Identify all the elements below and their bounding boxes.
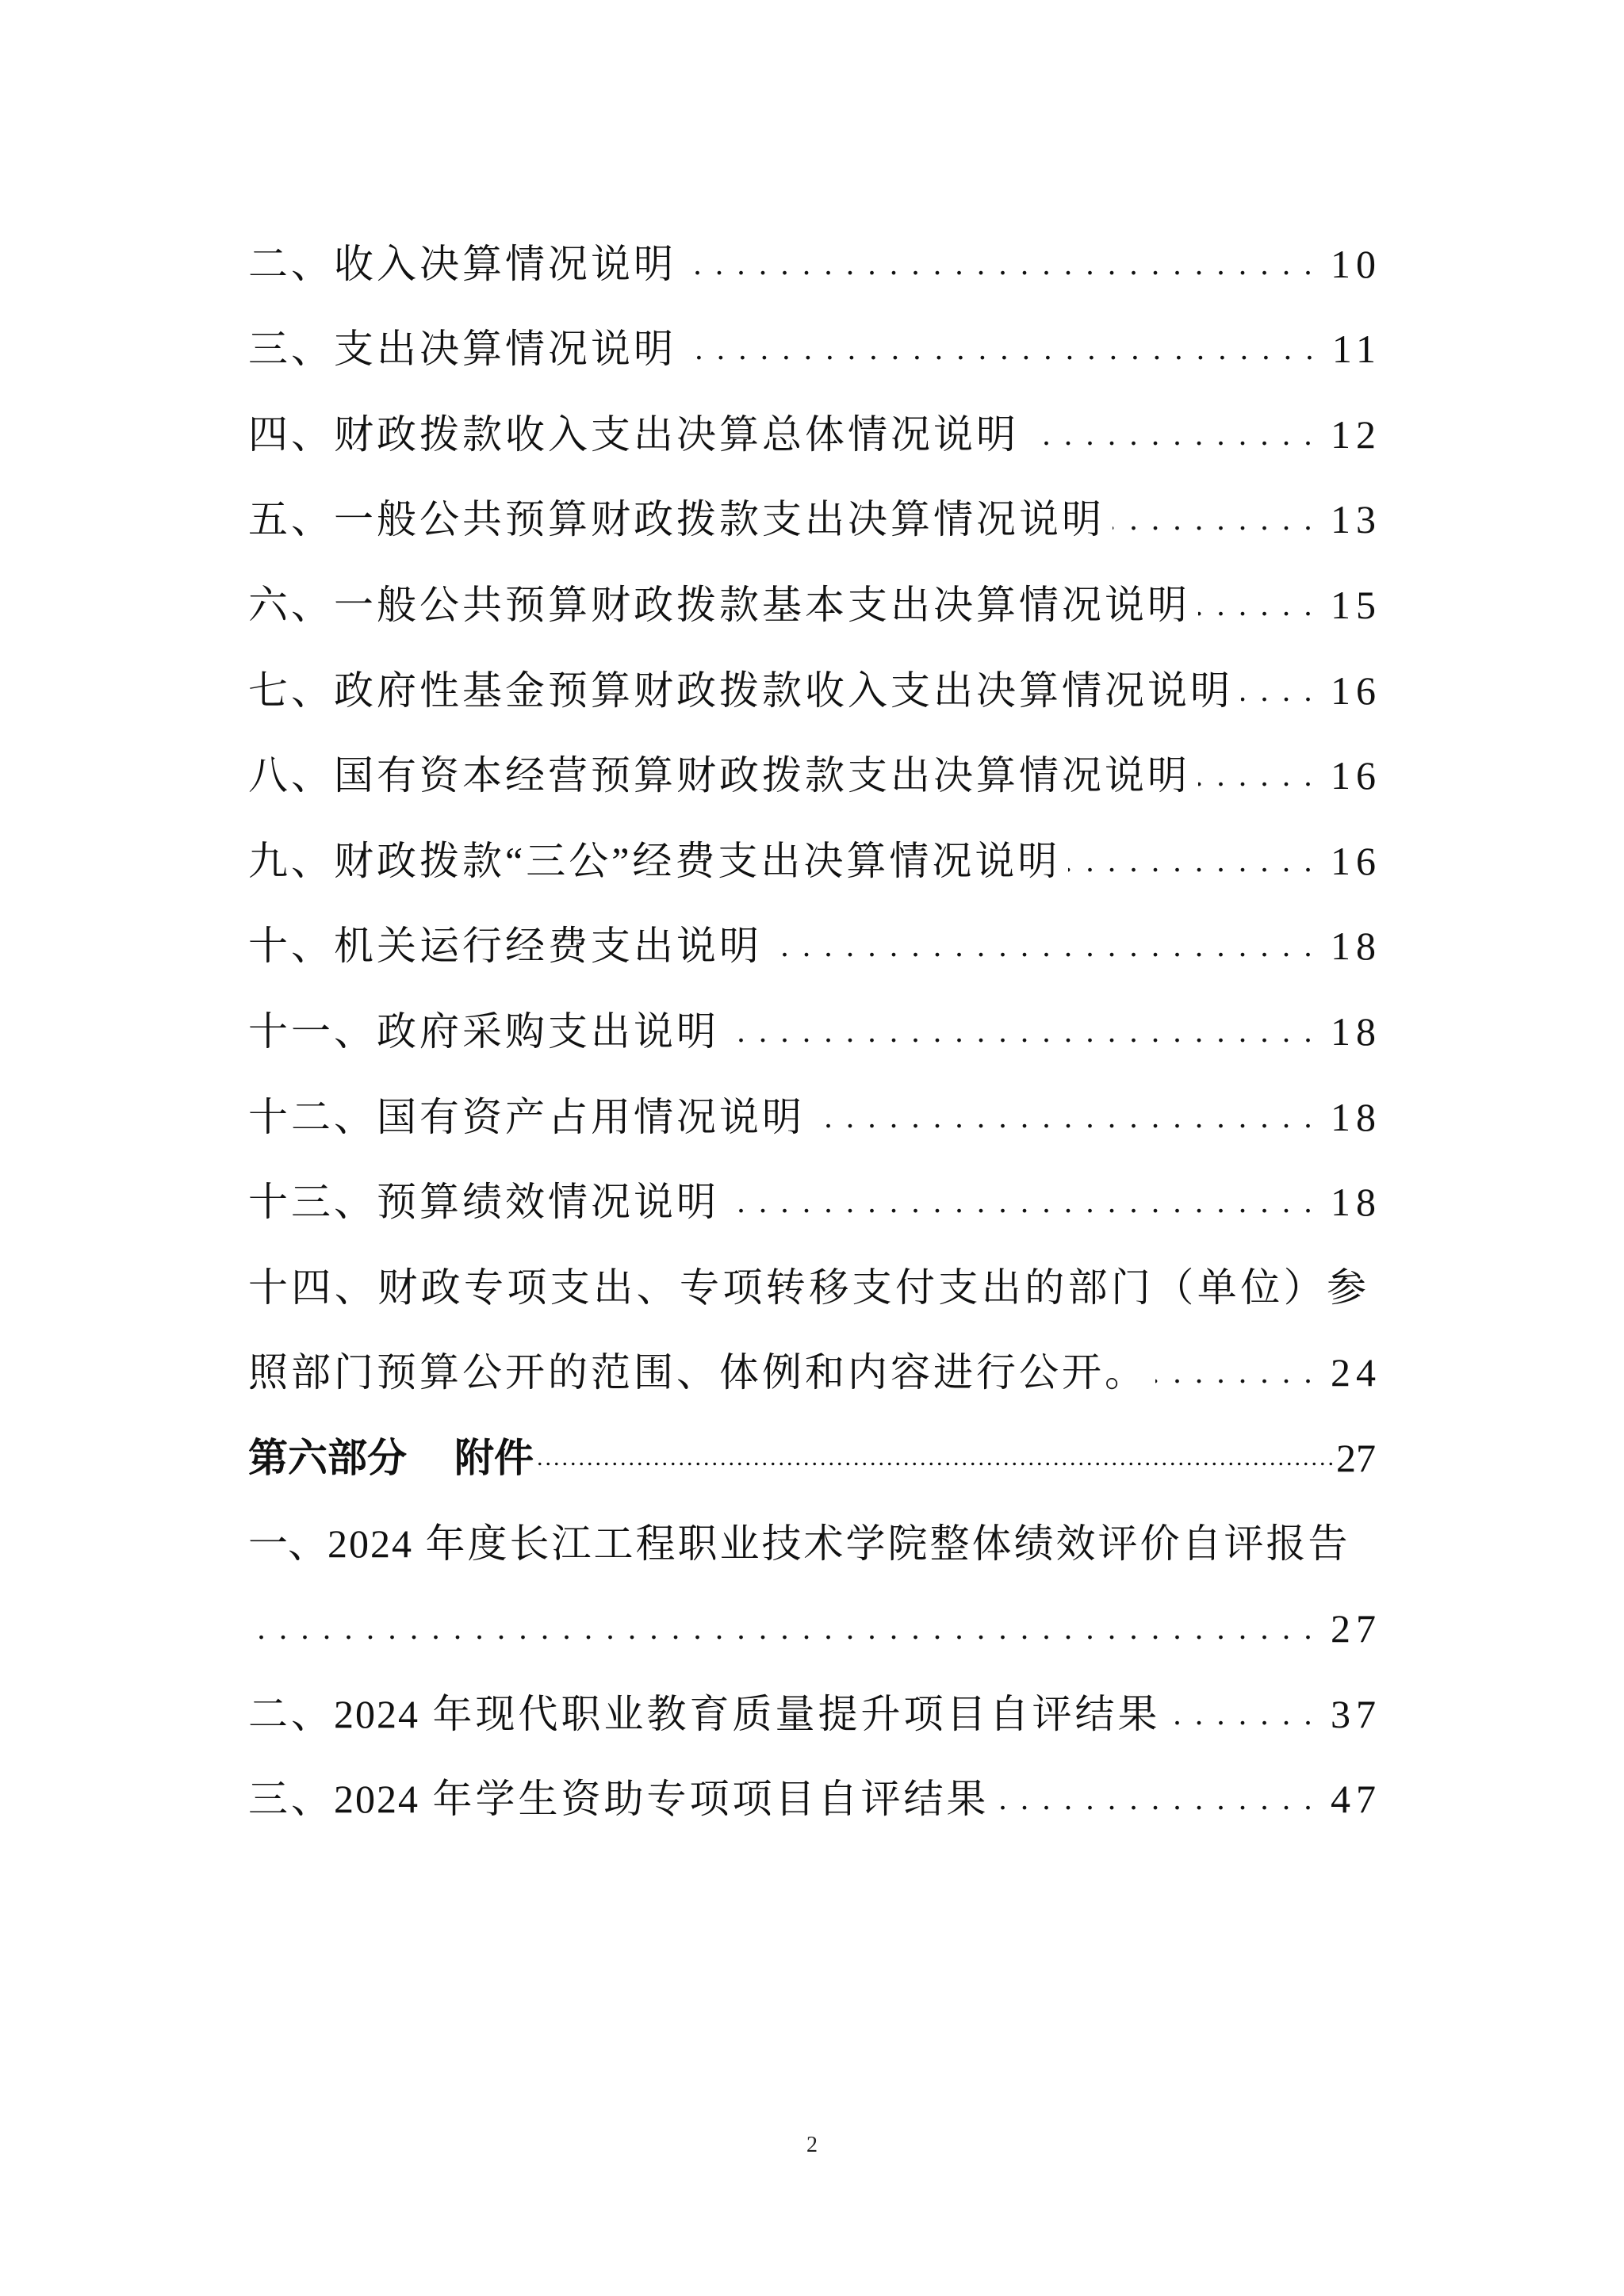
dot-leader: ........................................… xyxy=(1241,661,1326,720)
toc-entry[interactable]: 十三、预算绩效情况说明 ............................… xyxy=(248,1146,1376,1232)
toc-entry-page: 13 xyxy=(1331,490,1381,549)
annex-entry-page: 47 xyxy=(1331,1770,1381,1828)
toc-entry-page: 16 xyxy=(1331,661,1381,720)
toc-entry-line-2[interactable]: 照部门预算公开的范围、体例和内容进行公开。 ..................… xyxy=(248,1317,1376,1402)
toc-entry-page: 15 xyxy=(1331,576,1381,634)
annex-year: 2024 xyxy=(334,1692,419,1736)
toc-entry-page: 16 xyxy=(1331,832,1381,890)
toc-entry[interactable]: 三、支出决算情况说明 .............................… xyxy=(248,293,1376,379)
toc-entry-page: 11 xyxy=(1332,320,1381,378)
section-title: 第六部分附件 xyxy=(248,1429,534,1487)
annex-entry-line-2[interactable]: ........................................… xyxy=(248,1573,1376,1659)
toc-entry[interactable]: 六、一般公共预算财政拨款基本支出决算情况说明 .................… xyxy=(248,549,1376,634)
annex-prefix: 一、 xyxy=(248,1521,327,1566)
annex-entry-line-1[interactable]: 一、2024 年度长江工程职业技术学院整体绩效评价自评报告 xyxy=(248,1487,1376,1573)
dot-leader: ........................................… xyxy=(1155,1343,1326,1402)
annex-prefix: 三、 xyxy=(248,1777,334,1821)
toc-entry-line-1[interactable]: 十四、财政专项支出、专项转移支付支出的部门（单位）参 xyxy=(248,1231,1376,1317)
toc-entry-title: 十三、预算绩效情况说明 xyxy=(248,1173,719,1231)
annex-entry[interactable]: 二、2024 年现代职业教育质量提升项目自评结果 ...............… xyxy=(248,1658,1376,1743)
toc-entry-title: 十四、财政专项支出、专项转移支付支出的部门（单位）参 xyxy=(248,1258,1376,1317)
dot-leader: ........................................… xyxy=(1198,746,1326,805)
toc-entry-page: 16 xyxy=(1331,746,1381,805)
dot-leader: ........................................… xyxy=(1169,1685,1327,1743)
toc-entry-title: 六、一般公共预算财政拨款基本支出决算情况说明 xyxy=(248,576,1190,634)
toc-entry-page: 18 xyxy=(1331,1173,1381,1231)
toc-entry-title-continued: 照部门预算公开的范围、体例和内容进行公开。 xyxy=(248,1343,1147,1402)
toc-entry-title: 七、政府性基金预算财政拨款收入支出决算情况说明 xyxy=(248,661,1233,720)
toc-entry-title: 四、财政拨款收入支出决算总体情况说明 xyxy=(248,405,1019,464)
toc-section-heading[interactable]: 第六部分附件 .................................… xyxy=(248,1402,1376,1487)
dot-leader: ........................................… xyxy=(1068,832,1326,890)
toc-entry[interactable]: 十、机关运行经费支出说明 ...........................… xyxy=(248,890,1376,976)
dot-leader: ........................................… xyxy=(727,1173,1326,1231)
dot-leader: ........................................… xyxy=(1027,405,1326,464)
toc-entry[interactable]: 十二、国有资产占用情况说明 ..........................… xyxy=(248,1061,1376,1146)
toc-entry[interactable]: 五、一般公共预算财政拨款支出决算情况说明 ...................… xyxy=(248,464,1376,549)
toc-entry-title: 八、国有资本经营预算财政拨款支出决算情况说明 xyxy=(248,746,1190,805)
document-page: 二、收入决算情况说明 .............................… xyxy=(0,0,1624,2296)
annex-entry[interactable]: 三、2024 年学生资助专项项目自评结果 ...................… xyxy=(248,1743,1376,1829)
toc-entry[interactable]: 七、政府性基金预算财政拨款收入支出决算情况说明 ................… xyxy=(248,634,1376,720)
toc-entry[interactable]: 八、国有资本经营预算财政拨款支出决算情况说明 .................… xyxy=(248,720,1376,806)
toc-entry-page: 10 xyxy=(1331,235,1381,293)
annex-entry-page: 37 xyxy=(1331,1685,1381,1743)
annex-title: 年学生资助专项项目自评结果 xyxy=(433,1777,990,1821)
toc-entry-page: 12 xyxy=(1331,405,1381,464)
toc-entry-title: 二、收入决算情况说明 xyxy=(248,235,676,293)
toc-entry[interactable]: 十一、政府采购支出说明 ............................… xyxy=(248,975,1376,1061)
dot-leader: ........................................… xyxy=(770,916,1326,975)
toc-entry-title: 九、财政拨款“三公”经费支出决算情况说明 xyxy=(248,832,1060,890)
annex-prefix: 二、 xyxy=(248,1692,334,1736)
toc-entry-title: 五、一般公共预算财政拨款支出决算情况说明 xyxy=(248,490,1105,549)
annex-entry-title: 二、2024 年现代职业教育质量提升项目自评结果 xyxy=(248,1685,1161,1743)
dot-leader: ........................................… xyxy=(998,1770,1327,1828)
dot-leader: ........................................… xyxy=(813,1088,1326,1146)
toc-entry-title: 十二、国有资产占用情况说明 xyxy=(248,1088,805,1146)
section-page: 27 xyxy=(1336,1429,1376,1487)
toc-entry-title: 三、支出决算情况说明 xyxy=(248,320,676,378)
annex-title: 年现代职业教育质量提升项目自评结果 xyxy=(433,1692,1161,1736)
annex-year: 2024 xyxy=(334,1777,419,1821)
annex-title: 年度长江工程职业技术学院整体绩效评价自评报告 xyxy=(426,1521,1350,1566)
dot-leader: ........................................… xyxy=(1113,490,1326,549)
toc-entry[interactable]: 九、财政拨款“三公”经费支出决算情况说明 ...................… xyxy=(248,805,1376,890)
dot-leader: ........................................… xyxy=(727,1002,1326,1061)
toc-entry[interactable]: 二、收入决算情况说明 .............................… xyxy=(248,208,1376,293)
toc-entry-page: 18 xyxy=(1331,1002,1381,1061)
annex-entry-page: 27 xyxy=(1331,1599,1381,1658)
dot-leader: ........................................… xyxy=(684,320,1327,378)
annex-year: 2024 xyxy=(327,1521,413,1566)
section-name: 附件 xyxy=(454,1435,534,1481)
annex-entry-title: 一、2024 年度长江工程职业技术学院整体绩效评价自评报告 xyxy=(248,1514,1350,1573)
toc-entry-page: 18 xyxy=(1331,916,1381,975)
dot-leader: ........................................… xyxy=(248,1599,1326,1658)
toc-entry-page: 24 xyxy=(1331,1343,1381,1402)
section-label: 第六部分 xyxy=(248,1435,407,1481)
toc-entry-title: 十、机关运行经费支出说明 xyxy=(248,916,762,975)
toc-entry-page: 18 xyxy=(1331,1088,1381,1146)
dot-leader: ........................................… xyxy=(538,1429,1336,1487)
toc-entry[interactable]: 四、财政拨款收入支出决算总体情况说明 .....................… xyxy=(248,378,1376,464)
table-of-contents: 二、收入决算情况说明 .............................… xyxy=(248,208,1376,1828)
page-number: 2 xyxy=(793,2133,831,2158)
dot-leader: ........................................… xyxy=(684,235,1326,293)
toc-entry-title: 十一、政府采购支出说明 xyxy=(248,1002,719,1061)
annex-entry-title: 三、2024 年学生资助专项项目自评结果 xyxy=(248,1770,990,1828)
dot-leader: ........................................… xyxy=(1198,576,1326,634)
